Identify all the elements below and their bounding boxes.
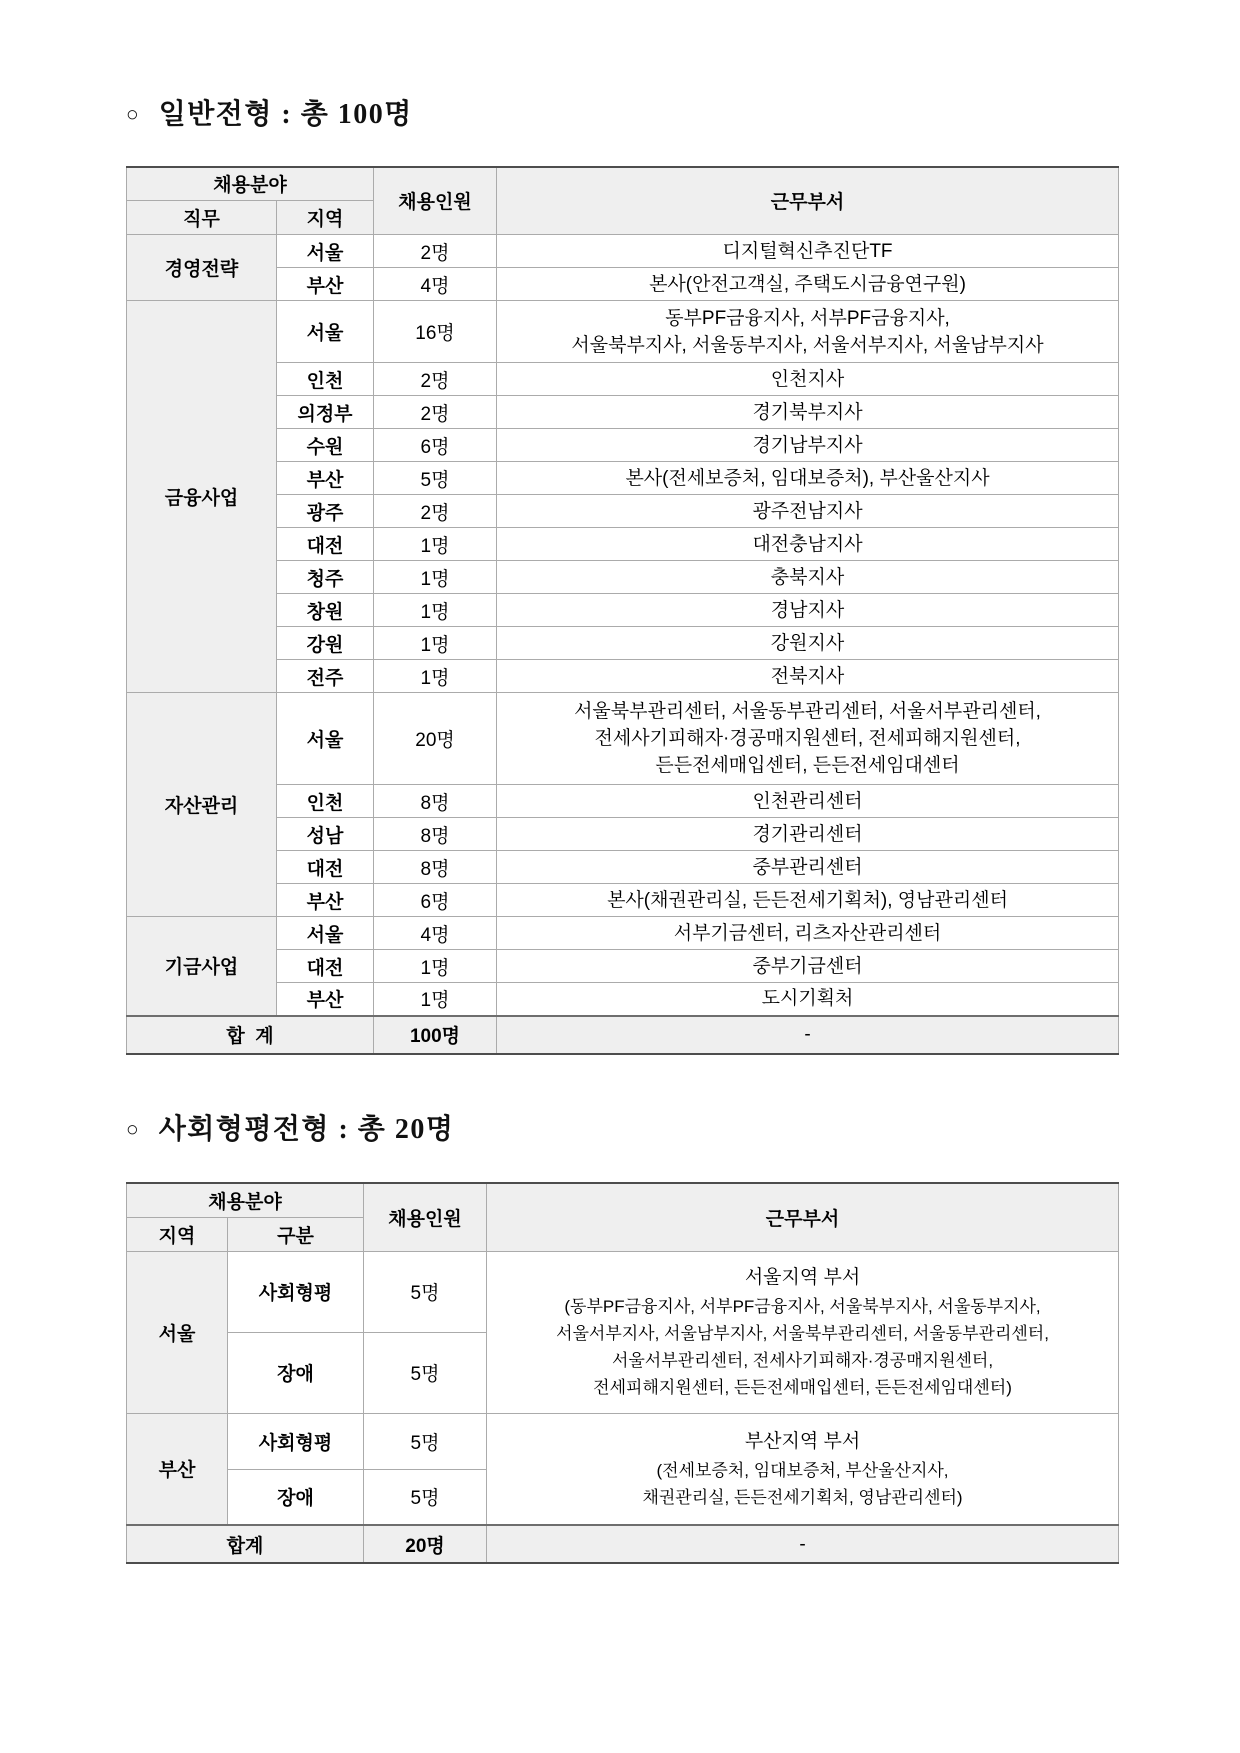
cell-category: 사회형평: [228, 1413, 364, 1469]
table-row: 금융사업 서울 16명 동부PF금융지사, 서부PF금융지사, 서울북부지사, …: [127, 301, 1119, 363]
cell-headcount: 2명: [374, 235, 497, 268]
cell-region-group: 서울: [127, 1251, 228, 1413]
department-title: 부산지역 부서: [491, 1427, 1114, 1457]
header-job: 직무: [127, 201, 277, 235]
cell-headcount: 5명: [364, 1251, 487, 1332]
cell-headcount: 1명: [374, 983, 497, 1016]
table-row: 경영전략 서울 2명 디지털혁신추진단TF: [127, 235, 1119, 268]
total-department: -: [497, 1016, 1119, 1054]
cell-department: 중부기금센터: [497, 950, 1119, 983]
table-row: 서울 사회형평 5명 서울지역 부서 (동부PF금융지사, 서부PF금융지사, …: [127, 1251, 1119, 1332]
cell-headcount: 2명: [374, 495, 497, 528]
cell-department: 서울북부관리센터, 서울동부관리센터, 서울서부관리센터, 전세사기피해자·경공…: [497, 693, 1119, 785]
cell-region: 창원: [277, 594, 374, 627]
cell-region: 의정부: [277, 396, 374, 429]
cell-headcount: 5명: [374, 462, 497, 495]
general-recruitment-table: 채용분야 채용인원 근무부서 직무 지역 경영전략 서울 2명 디지털혁신추진단…: [126, 166, 1119, 1055]
cell-region: 수원: [277, 429, 374, 462]
cell-job-group: 금융사업: [127, 301, 277, 693]
cell-headcount: 1명: [374, 594, 497, 627]
cell-job-group: 기금사업: [127, 917, 277, 1016]
social-equity-recruitment-table: 채용분야 채용인원 근무부서 지역 구분 서울 사회형평 5명 서울지역 부서 …: [126, 1182, 1119, 1564]
cell-department: 인천지사: [497, 363, 1119, 396]
table-row: 자산관리 서울 20명 서울북부관리센터, 서울동부관리센터, 서울서부관리센터…: [127, 693, 1119, 785]
cell-region: 부산: [277, 983, 374, 1016]
table-row: 기금사업 서울 4명 서부기금센터, 리츠자산관리센터: [127, 917, 1119, 950]
cell-headcount: 6명: [374, 884, 497, 917]
cell-department: 대전충남지사: [497, 528, 1119, 561]
cell-region: 성남: [277, 818, 374, 851]
cell-region: 대전: [277, 851, 374, 884]
cell-headcount: 5명: [364, 1469, 487, 1525]
cell-department: 도시기획처: [497, 983, 1119, 1016]
document-content: ○ 일반전형 : 총 100명 채용분야 채용인원 근무부서 직무 지역 경영전…: [126, 0, 1118, 1564]
table-total-row: 합 계 100명 -: [127, 1016, 1119, 1054]
header-region: 지역: [127, 1217, 228, 1251]
department-detail: (전세보증처, 임대보증처, 부산울산지사, 채권관리실, 든든전세기획처, 영…: [491, 1457, 1114, 1511]
cell-region: 부산: [277, 268, 374, 301]
cell-headcount: 8명: [374, 851, 497, 884]
header-recruit-field: 채용분야: [127, 167, 374, 201]
circle-bullet-icon: ○: [126, 1119, 139, 1140]
table-header-row: 채용분야 채용인원 근무부서: [127, 167, 1119, 201]
header-headcount: 채용인원: [364, 1183, 487, 1251]
cell-region: 대전: [277, 528, 374, 561]
cell-department: 서울지역 부서 (동부PF금융지사, 서부PF금융지사, 서울북부지사, 서울동…: [487, 1251, 1119, 1413]
circle-bullet-icon: ○: [126, 104, 139, 125]
total-headcount: 20명: [364, 1525, 487, 1563]
cell-region: 청주: [277, 561, 374, 594]
cell-category: 장애: [228, 1469, 364, 1525]
total-department: -: [487, 1525, 1119, 1563]
cell-headcount: 1명: [374, 660, 497, 693]
cell-region: 서울: [277, 917, 374, 950]
cell-headcount: 4명: [374, 917, 497, 950]
cell-headcount: 5명: [364, 1413, 487, 1469]
cell-headcount: 8명: [374, 818, 497, 851]
cell-headcount: 20명: [374, 693, 497, 785]
cell-region: 서울: [277, 693, 374, 785]
cell-department: 중부관리센터: [497, 851, 1119, 884]
total-label: 합계: [127, 1525, 364, 1563]
cell-department: 경기관리센터: [497, 818, 1119, 851]
cell-headcount: 1명: [374, 627, 497, 660]
header-headcount: 채용인원: [374, 167, 497, 235]
header-department: 근무부서: [497, 167, 1119, 235]
cell-region: 전주: [277, 660, 374, 693]
cell-headcount: 1명: [374, 561, 497, 594]
cell-department: 부산지역 부서 (전세보증처, 임대보증처, 부산울산지사, 채권관리실, 든든…: [487, 1413, 1119, 1525]
cell-region-group: 부산: [127, 1413, 228, 1525]
section-title-text: 일반전형 : 총 100명: [159, 98, 413, 132]
cell-department: 경남지사: [497, 594, 1119, 627]
cell-region: 부산: [277, 462, 374, 495]
cell-department: 경기북부지사: [497, 396, 1119, 429]
cell-headcount: 6명: [374, 429, 497, 462]
cell-headcount: 1명: [374, 528, 497, 561]
cell-region: 광주: [277, 495, 374, 528]
cell-job-group: 자산관리: [127, 693, 277, 917]
cell-region: 인천: [277, 785, 374, 818]
cell-category: 사회형평: [228, 1251, 364, 1332]
cell-department: 디지털혁신추진단TF: [497, 235, 1119, 268]
table-total-row: 합계 20명 -: [127, 1525, 1119, 1563]
section-title-text: 사회형평전형 : 총 20명: [159, 1113, 455, 1147]
cell-region: 서울: [277, 235, 374, 268]
section-title-general: ○ 일반전형 : 총 100명: [126, 98, 1118, 132]
cell-department: 전북지사: [497, 660, 1119, 693]
cell-headcount: 4명: [374, 268, 497, 301]
department-title: 서울지역 부서: [491, 1263, 1114, 1293]
cell-department: 본사(채권관리실, 든든전세기획처), 영남관리센터: [497, 884, 1119, 917]
cell-region: 서울: [277, 301, 374, 363]
cell-department: 충북지사: [497, 561, 1119, 594]
table-row: 부산 사회형평 5명 부산지역 부서 (전세보증처, 임대보증처, 부산울산지사…: [127, 1413, 1119, 1469]
cell-department: 서부기금센터, 리츠자산관리센터: [497, 917, 1119, 950]
document-page: ○ 일반전형 : 총 100명 채용분야 채용인원 근무부서 직무 지역 경영전…: [0, 0, 1240, 1753]
cell-department: 인천관리센터: [497, 785, 1119, 818]
cell-headcount: 1명: [374, 950, 497, 983]
cell-region: 강원: [277, 627, 374, 660]
cell-headcount: 16명: [374, 301, 497, 363]
section-title-social-equity: ○ 사회형평전형 : 총 20명: [126, 1113, 1118, 1147]
cell-region: 대전: [277, 950, 374, 983]
cell-department: 경기남부지사: [497, 429, 1119, 462]
header-recruit-field: 채용분야: [127, 1183, 364, 1217]
cell-department: 본사(안전고객실, 주택도시금융연구원): [497, 268, 1119, 301]
cell-region: 인천: [277, 363, 374, 396]
cell-headcount: 5명: [364, 1332, 487, 1413]
department-detail: (동부PF금융지사, 서부PF금융지사, 서울북부지사, 서울동부지사, 서울서…: [491, 1293, 1114, 1401]
header-region: 지역: [277, 201, 374, 235]
cell-headcount: 2명: [374, 396, 497, 429]
header-category: 구분: [228, 1217, 364, 1251]
cell-department: 강원지사: [497, 627, 1119, 660]
cell-region: 부산: [277, 884, 374, 917]
total-headcount: 100명: [374, 1016, 497, 1054]
cell-department: 동부PF금융지사, 서부PF금융지사, 서울북부지사, 서울동부지사, 서울서부…: [497, 301, 1119, 363]
cell-job-group: 경영전략: [127, 235, 277, 301]
table-header-row: 채용분야 채용인원 근무부서: [127, 1183, 1119, 1217]
cell-department: 본사(전세보증처, 임대보증처), 부산울산지사: [497, 462, 1119, 495]
header-department: 근무부서: [487, 1183, 1119, 1251]
cell-headcount: 2명: [374, 363, 497, 396]
cell-headcount: 8명: [374, 785, 497, 818]
cell-category: 장애: [228, 1332, 364, 1413]
cell-department: 광주전남지사: [497, 495, 1119, 528]
total-label: 합 계: [127, 1016, 374, 1054]
